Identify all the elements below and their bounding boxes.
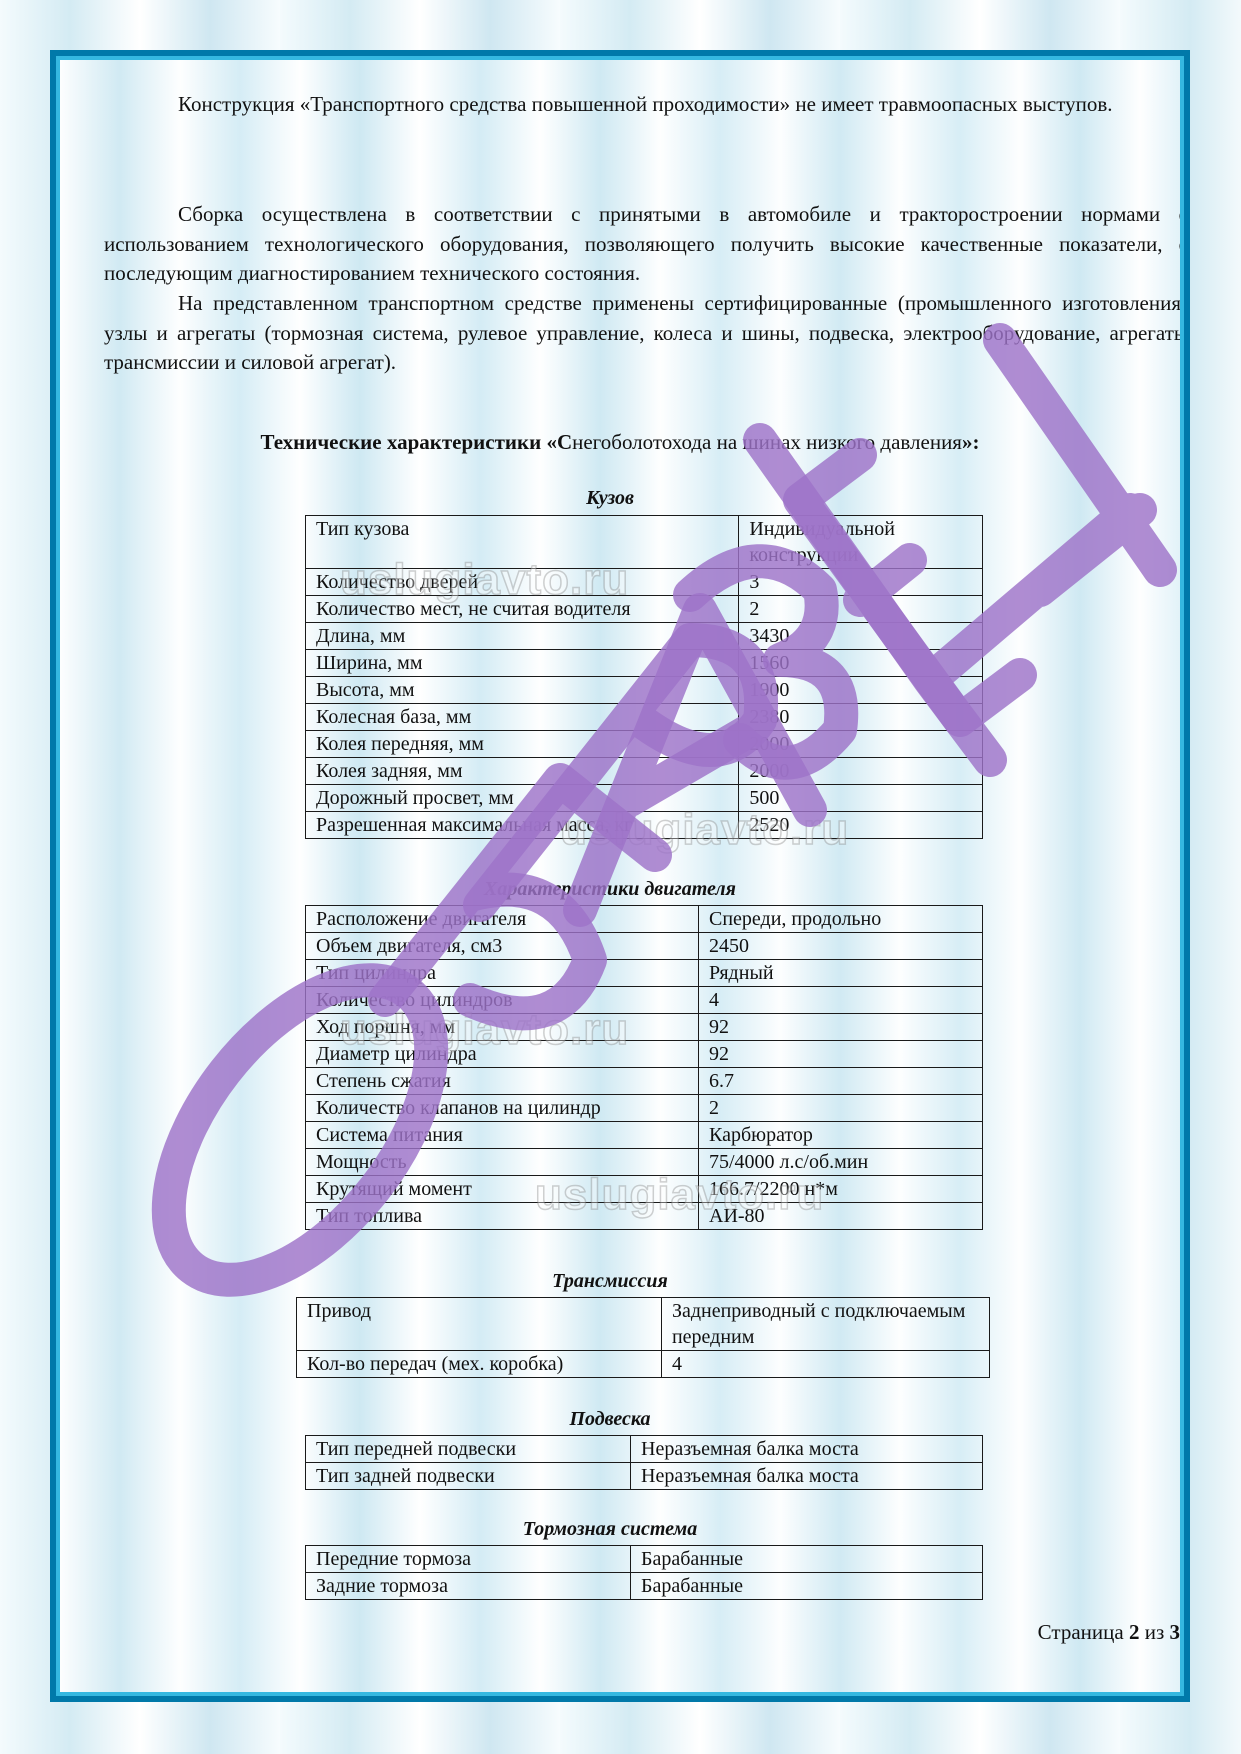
spec-label: Количество мест, не считая водителя bbox=[306, 596, 739, 623]
spec-value: АИ-80 bbox=[699, 1203, 983, 1230]
spec-label: Колея задняя, мм bbox=[306, 758, 739, 785]
spec-label: Ширина, мм bbox=[306, 650, 739, 677]
spec-label: Тип передней подвески bbox=[306, 1436, 631, 1463]
spec-value: Индивидуальной конструкции bbox=[739, 516, 983, 569]
current-page: 2 bbox=[1129, 1620, 1140, 1644]
spec-label: Количество клапанов на цилиндр bbox=[306, 1095, 699, 1122]
table-row: Тип топливаАИ-80 bbox=[306, 1203, 983, 1230]
spec-label: Тип задней подвески bbox=[306, 1463, 631, 1490]
spec-value: 4 bbox=[661, 1351, 989, 1378]
spec-title: Технические характеристики «Снегоболотох… bbox=[60, 430, 1180, 455]
spec-value: 92 bbox=[699, 1014, 983, 1041]
spec-label: Ход поршня, мм bbox=[306, 1014, 699, 1041]
spec-value: 75/4000 л.с/об.мин bbox=[699, 1149, 983, 1176]
table-row: Тип передней подвескиНеразъемная балка м… bbox=[306, 1436, 983, 1463]
spec-title-prefix: Технические характеристики « bbox=[261, 430, 557, 454]
table-body: Тип кузоваИндивидуальной конструкцииКоли… bbox=[305, 515, 983, 839]
caption-brakes: Тормозная система bbox=[272, 1518, 948, 1541]
spec-label: Колея передняя, мм bbox=[306, 731, 739, 758]
spec-label: Колесная база, мм bbox=[306, 704, 739, 731]
spec-label: Степень сжатия bbox=[306, 1068, 699, 1095]
spec-label: Мощность bbox=[306, 1149, 699, 1176]
table-row: Задние тормозаБарабанные bbox=[306, 1573, 983, 1600]
spec-value: 3 bbox=[739, 569, 983, 596]
spec-label: Количество дверей bbox=[306, 569, 739, 596]
table-transmission: ПриводЗаднеприводный с подключаемым пере… bbox=[296, 1297, 990, 1378]
table-row: Количество дверей3 bbox=[306, 569, 983, 596]
table-brakes: Передние тормозаБарабанныеЗадние тормоза… bbox=[305, 1545, 983, 1600]
spec-value: 2520 bbox=[739, 812, 983, 839]
spec-value: 6.7 bbox=[699, 1068, 983, 1095]
table-row: Длина, мм3430 bbox=[306, 623, 983, 650]
spec-value: Заднеприводный с подключаемым передним bbox=[661, 1298, 989, 1351]
table-row: Ширина, мм1560 bbox=[306, 650, 983, 677]
spec-label: Тип топлива bbox=[306, 1203, 699, 1230]
table-row: Высота, мм1900 bbox=[306, 677, 983, 704]
spec-label: Расположение двигателя bbox=[306, 906, 699, 933]
table-row: Тип кузоваИндивидуальной конструкции bbox=[306, 516, 983, 569]
document-page: Конструкция «Транспортного средства повы… bbox=[60, 60, 1180, 1692]
table-row: Мощность75/4000 л.с/об.мин bbox=[306, 1149, 983, 1176]
page-label: Страница bbox=[1038, 1620, 1124, 1644]
table-row: Крутящий момент166.7/2200 н*м bbox=[306, 1176, 983, 1203]
spec-label: Тип кузова bbox=[306, 516, 739, 569]
spec-value: 2450 bbox=[699, 933, 983, 960]
spec-value: 1560 bbox=[739, 650, 983, 677]
spec-label: Разрешенная максимальная масса, кг bbox=[306, 812, 739, 839]
spec-value: 3430 bbox=[739, 623, 983, 650]
table-row: Количество клапанов на цилиндр2 bbox=[306, 1095, 983, 1122]
table-row: Колея передняя, мм2000 bbox=[306, 731, 983, 758]
table-row: Степень сжатия6.7 bbox=[306, 1068, 983, 1095]
spec-label: Кол-во передач (мех. коробка) bbox=[297, 1351, 662, 1378]
intro-paragraph-3: На представленном транспортном средстве … bbox=[104, 289, 1180, 378]
spec-label: Задние тормоза bbox=[306, 1573, 631, 1600]
spec-value: 500 bbox=[739, 785, 983, 812]
spec-value: Неразъемная балка моста bbox=[631, 1436, 983, 1463]
spec-label: Тип цилиндра bbox=[306, 960, 699, 987]
spec-value: Барабанные bbox=[631, 1573, 983, 1600]
table-row: Колея задняя, мм2000 bbox=[306, 758, 983, 785]
table-row: Кол-во передач (мех. коробка)4 bbox=[297, 1351, 990, 1378]
spec-label: Количество цилиндров bbox=[306, 987, 699, 1014]
spec-label: Высота, мм bbox=[306, 677, 739, 704]
spec-value: Рядный bbox=[699, 960, 983, 987]
table-engine: Расположение двигателяСпереди, продольно… bbox=[305, 905, 983, 1230]
spec-value: 2000 bbox=[739, 731, 983, 758]
table-row: Диаметр цилиндра92 bbox=[306, 1041, 983, 1068]
spec-label: Диаметр цилиндра bbox=[306, 1041, 699, 1068]
spec-value: Неразъемная балка моста bbox=[631, 1463, 983, 1490]
intro-paragraph-2-text: Сборка осуществлена в соответствии с при… bbox=[104, 202, 1180, 285]
table-row: Разрешенная максимальная масса, кг2520 bbox=[306, 812, 983, 839]
intro-paragraph-2: Сборка осуществлена в соответствии с при… bbox=[104, 200, 1180, 289]
intro-paragraph-3-text: На представленном транспортном средстве … bbox=[104, 291, 1180, 374]
table-row: ПриводЗаднеприводный с подключаемым пере… bbox=[297, 1298, 990, 1351]
table-row: Система питанияКарбюратор bbox=[306, 1122, 983, 1149]
table-row: Количество цилиндров4 bbox=[306, 987, 983, 1014]
spec-label: Система питания bbox=[306, 1122, 699, 1149]
caption-body: Кузов bbox=[272, 487, 948, 510]
intro-paragraph-1-text: Конструкция «Транспортного средства повы… bbox=[178, 92, 1113, 116]
caption-transmission: Трансмиссия bbox=[272, 1270, 948, 1293]
spec-title-suffix: »: bbox=[962, 430, 980, 454]
spec-value: 1900 bbox=[739, 677, 983, 704]
table-row: Передние тормозаБарабанные bbox=[306, 1546, 983, 1573]
table-row: Количество мест, не считая водителя2 bbox=[306, 596, 983, 623]
intro-paragraph-1: Конструкция «Транспортного средства повы… bbox=[104, 90, 1180, 120]
spec-value: 2380 bbox=[739, 704, 983, 731]
spec-value: 4 bbox=[699, 987, 983, 1014]
spec-label: Привод bbox=[297, 1298, 662, 1351]
spec-title-first-letter: С bbox=[557, 430, 572, 454]
spec-value: 2 bbox=[739, 596, 983, 623]
table-suspension: Тип передней подвескиНеразъемная балка м… bbox=[305, 1435, 983, 1490]
table-row: Объем двигателя, см32450 bbox=[306, 933, 983, 960]
caption-suspension: Подвеска bbox=[272, 1408, 948, 1431]
spec-label: Длина, мм bbox=[306, 623, 739, 650]
spec-value: Карбюратор bbox=[699, 1122, 983, 1149]
spec-label: Крутящий момент bbox=[306, 1176, 699, 1203]
caption-engine: Характеристики двигателя bbox=[272, 878, 948, 901]
table-row: Тип задней подвескиНеразъемная балка мос… bbox=[306, 1463, 983, 1490]
spec-label: Передние тормоза bbox=[306, 1546, 631, 1573]
spec-title-name: негоболотохода на шинах низкого давления bbox=[572, 430, 962, 454]
total-pages: 3 bbox=[1170, 1620, 1181, 1644]
of-label: из bbox=[1145, 1620, 1165, 1644]
table-row: Расположение двигателяСпереди, продольно bbox=[306, 906, 983, 933]
spec-label: Объем двигателя, см3 bbox=[306, 933, 699, 960]
spec-value: 166.7/2200 н*м bbox=[699, 1176, 983, 1203]
spec-value: 2000 bbox=[739, 758, 983, 785]
table-row: Ход поршня, мм92 bbox=[306, 1014, 983, 1041]
page-number: Страница 2 из 3 bbox=[1038, 1620, 1180, 1645]
table-row: Тип цилиндраРядный bbox=[306, 960, 983, 987]
spec-label: Дорожный просвет, мм bbox=[306, 785, 739, 812]
table-row: Дорожный просвет, мм500 bbox=[306, 785, 983, 812]
spec-value: 2 bbox=[699, 1095, 983, 1122]
table-row: Колесная база, мм2380 bbox=[306, 704, 983, 731]
spec-value: 92 bbox=[699, 1041, 983, 1068]
spec-value: Барабанные bbox=[631, 1546, 983, 1573]
spec-value: Спереди, продольно bbox=[699, 906, 983, 933]
